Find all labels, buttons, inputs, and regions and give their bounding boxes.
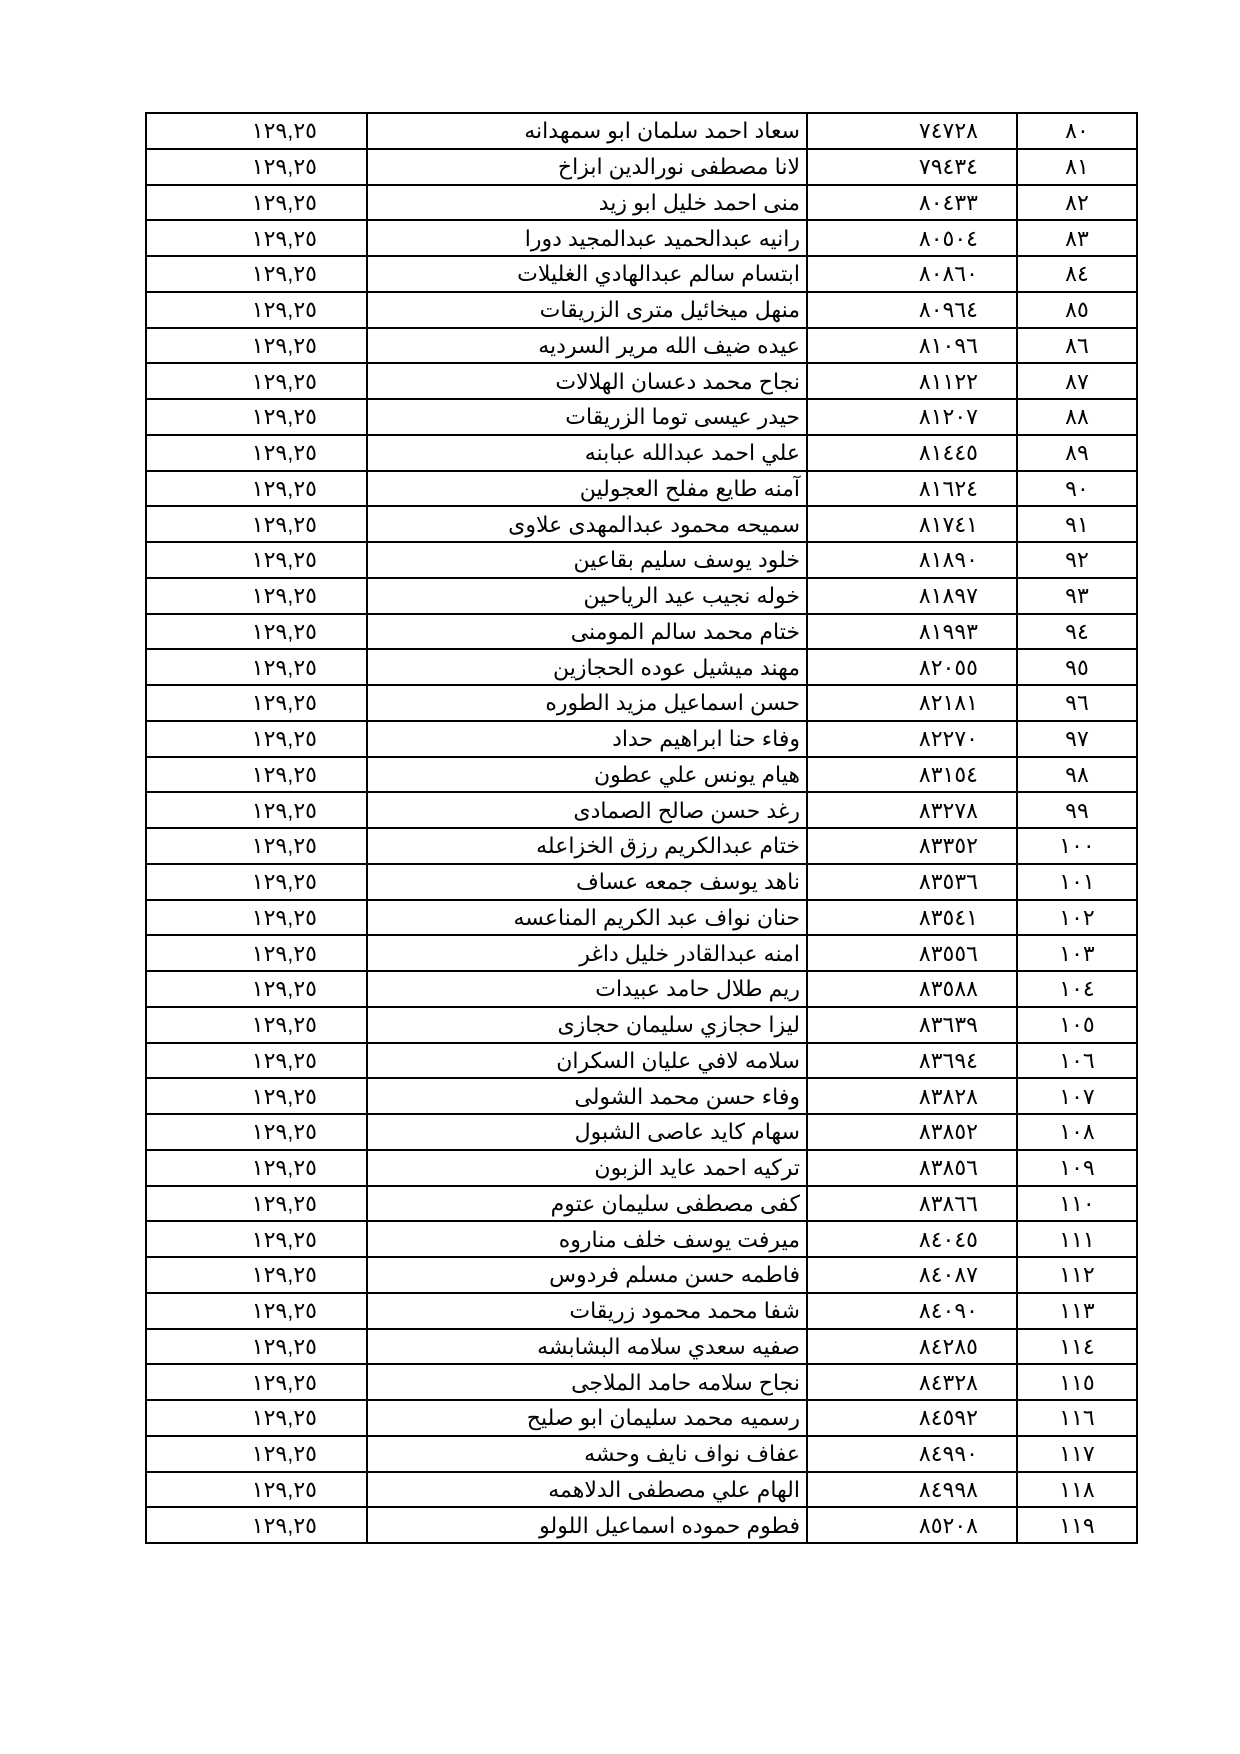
row-amount-cell: ١٢٩,٢٥ (146, 1329, 367, 1365)
row-amount: ١٢٩,٢٥ (167, 829, 317, 862)
row-sequence-number: ١٠٣ (1017, 935, 1137, 971)
row-amount-cell: ١٢٩,٢٥ (146, 614, 367, 650)
row-person-name: نجاح محمد دعسان الهلالات (367, 363, 807, 399)
row-sequence-number: ٩٩ (1017, 792, 1137, 828)
row-id-number: ٨١٩٩٣ (838, 615, 978, 648)
row-person-name: ختام عبدالكريم رزق الخزاعله (367, 828, 807, 864)
row-person-name: ريم طلال حامد عبيدات (367, 971, 807, 1007)
table-row: ١١٥٨٤٣٢٨نجاح سلامه حامد الملاجى١٢٩,٢٥ (146, 1364, 1137, 1400)
row-amount-cell: ١٢٩,٢٥ (146, 1507, 367, 1543)
row-amount-cell: ١٢٩,٢٥ (146, 256, 367, 292)
row-amount-cell: ١٢٩,٢٥ (146, 757, 367, 793)
row-id-number-cell: ٨٣٨٢٨ (807, 1078, 1017, 1114)
row-amount-cell: ١٢٩,٢٥ (146, 435, 367, 471)
row-person-name: شفا محمد محمود زريقات (367, 1293, 807, 1329)
row-amount: ١٢٩,٢٥ (167, 1473, 317, 1506)
row-id-number: ٨٢٠٥٥ (838, 651, 978, 684)
row-id-number-cell: ٨٤٩٩٠ (807, 1436, 1017, 1472)
table-row: ١٠٦٨٣٦٩٤سلامه لافي عليان السكران١٢٩,٢٥ (146, 1043, 1137, 1079)
row-person-name: ابتسام سالم عبدالهادي الغليلات (367, 256, 807, 292)
row-person-name: لانا مصطفى نورالدين ابزاخ (367, 149, 807, 185)
row-amount: ١٢٩,٢٥ (167, 472, 317, 505)
row-person-name: نجاح سلامه حامد الملاجى (367, 1364, 807, 1400)
row-sequence-number: ١٠٥ (1017, 1007, 1137, 1043)
row-amount-cell: ١٢٩,٢٥ (146, 578, 367, 614)
row-sequence-number: ١١٢ (1017, 1257, 1137, 1293)
row-id-number-cell: ٨١٧٤١ (807, 506, 1017, 542)
row-id-number-cell: ٨٤٣٢٨ (807, 1364, 1017, 1400)
row-id-number: ٧٤٧٢٨ (838, 114, 978, 147)
row-id-number: ٨٤٠٨٧ (838, 1258, 978, 1291)
row-amount-cell: ١٢٩,٢٥ (146, 685, 367, 721)
row-amount: ١٢٩,٢٥ (167, 150, 317, 183)
row-id-number-cell: ٨٠٤٣٣ (807, 185, 1017, 221)
row-id-number-cell: ٨١١٢٢ (807, 363, 1017, 399)
row-id-number-cell: ٨٣٨٥٢ (807, 1114, 1017, 1150)
row-sequence-number: ١٠٨ (1017, 1114, 1137, 1150)
row-amount-cell: ١٢٩,٢٥ (146, 292, 367, 328)
table-row: ١١٦٨٤٥٩٢رسميه محمد سليمان ابو صليح١٢٩,٢٥ (146, 1400, 1137, 1436)
row-person-name: حنان نواف عبد الكريم المناعسه (367, 900, 807, 936)
table-row: ٨٤٨٠٨٦٠ابتسام سالم عبدالهادي الغليلات١٢٩… (146, 256, 1137, 292)
row-id-number-cell: ٨١٦٢٤ (807, 471, 1017, 507)
row-amount: ١٢٩,٢٥ (167, 1258, 317, 1291)
row-id-number-cell: ٨٥٢٠٨ (807, 1507, 1017, 1543)
row-id-number: ٨١٦٢٤ (838, 472, 978, 505)
table-row: ٩٦٨٢١٨١حسن اسماعيل مزيد الطوره١٢٩,٢٥ (146, 685, 1137, 721)
row-amount: ١٢٩,٢٥ (167, 508, 317, 541)
row-id-number: ٨٤٠٩٠ (838, 1294, 978, 1327)
row-person-name: تركيه احمد عايد الزبون (367, 1150, 807, 1186)
row-sequence-number: ٨٩ (1017, 435, 1137, 471)
row-amount-cell: ١٢٩,٢٥ (146, 792, 367, 828)
row-id-number-cell: ٨٢١٨١ (807, 685, 1017, 721)
row-id-number: ٨٠٨٦٠ (838, 257, 978, 290)
row-id-number: ٨٤٥٩٢ (838, 1401, 978, 1434)
row-amount: ١٢٩,٢٥ (167, 365, 317, 398)
row-sequence-number: ١١٠ (1017, 1186, 1137, 1222)
row-sequence-number: ١٠٢ (1017, 900, 1137, 936)
row-amount-cell: ١٢٩,٢٥ (146, 1472, 367, 1508)
table-row: ٩٢٨١٨٩٠خلود يوسف سليم بقاعين١٢٩,٢٥ (146, 542, 1137, 578)
row-id-number: ٨٣٦٣٩ (838, 1008, 978, 1041)
row-id-number-cell: ٨٣٨٦٦ (807, 1186, 1017, 1222)
row-amount-cell: ١٢٩,٢٥ (146, 649, 367, 685)
row-amount: ١٢٩,٢٥ (167, 579, 317, 612)
row-id-number-cell: ٨٣٢٧٨ (807, 792, 1017, 828)
row-sequence-number: ١٠١ (1017, 864, 1137, 900)
row-id-number-cell: ٨٤٠٤٥ (807, 1221, 1017, 1257)
row-sequence-number: ١٠٠ (1017, 828, 1137, 864)
table-row: ١٠٩٨٣٨٥٦تركيه احمد عايد الزبون١٢٩,٢٥ (146, 1150, 1137, 1186)
row-id-number-cell: ٨٣٨٥٦ (807, 1150, 1017, 1186)
table-row: ٩١٨١٧٤١سميحه محمود عبدالمهدى علاوى١٢٩,٢٥ (146, 506, 1137, 542)
row-person-name: هيام يونس علي عطون (367, 757, 807, 793)
row-id-number: ٨٠٥٠٤ (838, 222, 978, 255)
row-amount: ١٢٩,٢٥ (167, 1223, 317, 1256)
row-id-number-cell: ٨٢٠٥٥ (807, 649, 1017, 685)
row-id-number: ٨٣٥٥٦ (838, 937, 978, 970)
row-amount-cell: ١٢٩,٢٥ (146, 1078, 367, 1114)
row-amount-cell: ١٢٩,٢٥ (146, 328, 367, 364)
row-id-number: ٨٤٩٩٠ (838, 1437, 978, 1470)
row-amount: ١٢٩,٢٥ (167, 615, 317, 648)
row-amount-cell: ١٢٩,٢٥ (146, 185, 367, 221)
row-id-number-cell: ٨٤٥٩٢ (807, 1400, 1017, 1436)
row-sequence-number: ٨٦ (1017, 328, 1137, 364)
table-row: ٨٠٧٤٧٢٨سعاد احمد سلمان ابو سمهدانه١٢٩,٢٥ (146, 113, 1137, 149)
table-row: ٩٥٨٢٠٥٥مهند ميشيل عوده الحجازين١٢٩,٢٥ (146, 649, 1137, 685)
row-amount: ١٢٩,٢٥ (167, 1294, 317, 1327)
row-id-number-cell: ٨٠٥٠٤ (807, 220, 1017, 256)
row-id-number-cell: ٧٤٧٢٨ (807, 113, 1017, 149)
row-sequence-number: ١١٤ (1017, 1329, 1137, 1365)
table-row: ٨٥٨٠٩٦٤منهل ميخائيل مترى الزريقات١٢٩,٢٥ (146, 292, 1137, 328)
row-amount: ١٢٩,٢٥ (167, 937, 317, 970)
row-id-number-cell: ٨١٠٩٦ (807, 328, 1017, 364)
table-row: ١١١٨٤٠٤٥ميرفت يوسف خلف مناروه١٢٩,٢٥ (146, 1221, 1137, 1257)
table-row: ١١٩٨٥٢٠٨فطوم حموده اسماعيل اللولو١٢٩,٢٥ (146, 1507, 1137, 1543)
row-id-number: ٨٣٥٤١ (838, 901, 978, 934)
row-id-number-cell: ٨٣٥٥٦ (807, 935, 1017, 971)
row-amount-cell: ١٢٩,٢٥ (146, 721, 367, 757)
row-id-number-cell: ٨٤٠٩٠ (807, 1293, 1017, 1329)
row-id-number: ٨٤٩٩٨ (838, 1473, 978, 1506)
row-amount: ١٢٩,٢٥ (167, 1187, 317, 1220)
row-amount-cell: ١٢٩,٢٥ (146, 1436, 367, 1472)
table-row: ٨٨٨١٢٠٧حيدر عيسى توما الزريقات١٢٩,٢٥ (146, 399, 1137, 435)
row-amount-cell: ١٢٩,٢٥ (146, 1221, 367, 1257)
row-id-number: ٨٣٨٥٢ (838, 1115, 978, 1148)
row-amount-cell: ١٢٩,٢٥ (146, 1400, 367, 1436)
row-amount: ١٢٩,٢٥ (167, 222, 317, 255)
row-id-number-cell: ٨٣٥٣٦ (807, 864, 1017, 900)
row-sequence-number: ٩٤ (1017, 614, 1137, 650)
table-row: ١٠٢٨٣٥٤١حنان نواف عبد الكريم المناعسه١٢٩… (146, 900, 1137, 936)
row-id-number: ٨١٠٩٦ (838, 329, 978, 362)
row-sequence-number: ٩٧ (1017, 721, 1137, 757)
row-amount: ١٢٩,٢٥ (167, 1401, 317, 1434)
row-id-number: ٨١٨٩٧ (838, 579, 978, 612)
row-sequence-number: ١١٣ (1017, 1293, 1137, 1329)
row-person-name: عفاف نواف نايف وحشه (367, 1436, 807, 1472)
row-sequence-number: ٩٣ (1017, 578, 1137, 614)
table-row: ٩٩٨٣٢٧٨رغد حسن صالح الصمادى١٢٩,٢٥ (146, 792, 1137, 828)
table-row: ١٠٧٨٣٨٢٨وفاء حسن محمد الشولى١٢٩,٢٥ (146, 1078, 1137, 1114)
row-person-name: منهل ميخائيل مترى الزريقات (367, 292, 807, 328)
table-row: ٩٨٨٣١٥٤هيام يونس علي عطون١٢٩,٢٥ (146, 757, 1137, 793)
row-id-number-cell: ٨٣٣٥٢ (807, 828, 1017, 864)
row-amount: ١٢٩,٢٥ (167, 972, 317, 1005)
row-amount-cell: ١٢٩,٢٥ (146, 113, 367, 149)
row-person-name: ناهد يوسف جمعه عساف (367, 864, 807, 900)
row-amount-cell: ١٢٩,٢٥ (146, 506, 367, 542)
row-sequence-number: ٨١ (1017, 149, 1137, 185)
row-person-name: رانيه عبدالحميد عبدالمجيد دورا (367, 220, 807, 256)
row-id-number: ٨٠٤٣٣ (838, 186, 978, 219)
row-id-number: ٨١١٢٢ (838, 365, 978, 398)
row-id-number: ٨٥٢٠٨ (838, 1509, 978, 1542)
row-amount: ١٢٩,٢٥ (167, 400, 317, 433)
row-sequence-number: ٩٨ (1017, 757, 1137, 793)
row-amount: ١٢٩,٢٥ (167, 1509, 317, 1542)
row-id-number: ٨٣٨٢٨ (838, 1080, 978, 1113)
row-person-name: ختام محمد سالم المومنى (367, 614, 807, 650)
table-row: ٩٧٨٢٢٧٠وفاء حنا ابراهيم حداد١٢٩,٢٥ (146, 721, 1137, 757)
row-id-number: ٨١٤٤٥ (838, 436, 978, 469)
row-person-name: منى احمد خليل ابو زيد (367, 185, 807, 221)
table-row: ١٠٠٨٣٣٥٢ختام عبدالكريم رزق الخزاعله١٢٩,٢… (146, 828, 1137, 864)
row-person-name: سميحه محمود عبدالمهدى علاوى (367, 506, 807, 542)
row-amount-cell: ١٢٩,٢٥ (146, 149, 367, 185)
row-amount-cell: ١٢٩,٢٥ (146, 220, 367, 256)
table-row: ٩٤٨١٩٩٣ختام محمد سالم المومنى١٢٩,٢٥ (146, 614, 1137, 650)
row-amount: ١٢٩,٢٥ (167, 293, 317, 326)
row-amount-cell: ١٢٩,٢٥ (146, 399, 367, 435)
row-id-number: ٨٣٥٣٦ (838, 865, 978, 898)
row-id-number-cell: ٨٣٥٤١ (807, 900, 1017, 936)
row-id-number: ٨٣٦٩٤ (838, 1044, 978, 1077)
row-id-number-cell: ٨١٩٩٣ (807, 614, 1017, 650)
row-id-number: ٨٣٣٥٢ (838, 829, 978, 862)
row-amount-cell: ١٢٩,٢٥ (146, 363, 367, 399)
row-amount: ١٢٩,٢٥ (167, 436, 317, 469)
row-id-number: ٨٣٨٥٦ (838, 1151, 978, 1184)
row-sequence-number: ٨٢ (1017, 185, 1137, 221)
row-id-number: ٧٩٤٣٤ (838, 150, 978, 183)
row-id-number: ٨٣١٥٤ (838, 758, 978, 791)
row-amount-cell: ١٢٩,٢٥ (146, 1007, 367, 1043)
row-person-name: حيدر عيسى توما الزريقات (367, 399, 807, 435)
row-amount: ١٢٩,٢٥ (167, 186, 317, 219)
row-id-number: ٨١٢٠٧ (838, 400, 978, 433)
row-person-name: فطوم حموده اسماعيل اللولو (367, 1507, 807, 1543)
row-amount: ١٢٩,٢٥ (167, 1151, 317, 1184)
table-row: ١٠٣٨٣٥٥٦امنه عبدالقادر خليل داغر١٢٩,٢٥ (146, 935, 1137, 971)
row-id-number: ٨٤٣٢٨ (838, 1366, 978, 1399)
table-row: ١٠١٨٣٥٣٦ناهد يوسف جمعه عساف١٢٩,٢٥ (146, 864, 1137, 900)
row-sequence-number: ١١١ (1017, 1221, 1137, 1257)
row-person-name: خوله نجيب عيد الرياحين (367, 578, 807, 614)
row-person-name: فاطمه حسن مسلم فردوس (367, 1257, 807, 1293)
row-id-number: ٨٤٢٨٥ (838, 1330, 978, 1363)
row-sequence-number: ١٠٩ (1017, 1150, 1137, 1186)
row-sequence-number: ١٠٤ (1017, 971, 1137, 1007)
row-person-name: ليزا حجازي سليمان حجازى (367, 1007, 807, 1043)
row-person-name: خلود يوسف سليم بقاعين (367, 542, 807, 578)
row-amount: ١٢٩,٢٥ (167, 901, 317, 934)
row-id-number: ٨١٧٤١ (838, 508, 978, 541)
table-row: ١١٤٨٤٢٨٥صفيه سعدي سلامه البشابشه١٢٩,٢٥ (146, 1329, 1137, 1365)
table-row: ١١٨٨٤٩٩٨الهام علي مصطفى الدلاهمه١٢٩,٢٥ (146, 1472, 1137, 1508)
row-amount: ١٢٩,٢٥ (167, 651, 317, 684)
table-row: ١٠٥٨٣٦٣٩ليزا حجازي سليمان حجازى١٢٩,٢٥ (146, 1007, 1137, 1043)
row-id-number-cell: ٨١٨٩٧ (807, 578, 1017, 614)
row-id-number-cell: ٧٩٤٣٤ (807, 149, 1017, 185)
row-person-name: سهام كايد عاصى الشبول (367, 1114, 807, 1150)
table-row: ٨٩٨١٤٤٥علي احمد عبدالله عبابنه١٢٩,٢٥ (146, 435, 1137, 471)
row-amount: ١٢٩,٢٥ (167, 1115, 317, 1148)
row-person-name: حسن اسماعيل مزيد الطوره (367, 685, 807, 721)
row-amount-cell: ١٢٩,٢٥ (146, 1364, 367, 1400)
row-sequence-number: ٩٥ (1017, 649, 1137, 685)
table-row: ٨٣٨٠٥٠٤رانيه عبدالحميد عبدالمجيد دورا١٢٩… (146, 220, 1137, 256)
row-id-number-cell: ٨٣٦٩٤ (807, 1043, 1017, 1079)
row-amount-cell: ١٢٩,٢٥ (146, 900, 367, 936)
row-sequence-number: ٨٧ (1017, 363, 1137, 399)
row-person-name: سعاد احمد سلمان ابو سمهدانه (367, 113, 807, 149)
row-sequence-number: ١١٨ (1017, 1472, 1137, 1508)
table-row: ٩٣٨١٨٩٧خوله نجيب عيد الرياحين١٢٩,٢٥ (146, 578, 1137, 614)
table-row: ٩٠٨١٦٢٤آمنه طايع مفلح العجولين١٢٩,٢٥ (146, 471, 1137, 507)
row-sequence-number: ٩١ (1017, 506, 1137, 542)
row-amount: ١٢٩,٢٥ (167, 543, 317, 576)
row-amount-cell: ١٢٩,٢٥ (146, 828, 367, 864)
row-id-number: ٨٣٨٦٦ (838, 1187, 978, 1220)
row-sequence-number: ٩٢ (1017, 542, 1137, 578)
row-id-number: ٨٣٢٧٨ (838, 794, 978, 827)
row-person-name: امنه عبدالقادر خليل داغر (367, 935, 807, 971)
row-amount: ١٢٩,٢٥ (167, 1330, 317, 1363)
row-sequence-number: ١٠٦ (1017, 1043, 1137, 1079)
row-person-name: مهند ميشيل عوده الحجازين (367, 649, 807, 685)
row-person-name: ميرفت يوسف خلف مناروه (367, 1221, 807, 1257)
row-id-number-cell: ٨٤٠٨٧ (807, 1257, 1017, 1293)
row-id-number-cell: ٨١٨٩٠ (807, 542, 1017, 578)
row-amount: ١٢٩,٢٥ (167, 1366, 317, 1399)
row-amount-cell: ١٢٩,٢٥ (146, 1257, 367, 1293)
row-amount-cell: ١٢٩,٢٥ (146, 471, 367, 507)
row-amount-cell: ١٢٩,٢٥ (146, 1114, 367, 1150)
row-amount: ١٢٩,٢٥ (167, 1008, 317, 1041)
row-id-number-cell: ٨٠٨٦٠ (807, 256, 1017, 292)
row-id-number-cell: ٨٣٦٣٩ (807, 1007, 1017, 1043)
row-amount: ١٢٩,٢٥ (167, 865, 317, 898)
row-id-number: ٨٤٠٤٥ (838, 1223, 978, 1256)
table-row: ١١٣٨٤٠٩٠شفا محمد محمود زريقات١٢٩,٢٥ (146, 1293, 1137, 1329)
row-person-name: علي احمد عبدالله عبابنه (367, 435, 807, 471)
row-id-number: ٨١٨٩٠ (838, 543, 978, 576)
document-page: ٨٠٧٤٧٢٨سعاد احمد سلمان ابو سمهدانه١٢٩,٢٥… (0, 0, 1240, 1754)
row-id-number-cell: ٨١٢٠٧ (807, 399, 1017, 435)
row-sequence-number: ٨٥ (1017, 292, 1137, 328)
row-amount: ١٢٩,٢٥ (167, 758, 317, 791)
table-row: ٨٧٨١١٢٢نجاح محمد دعسان الهلالات١٢٩,٢٥ (146, 363, 1137, 399)
row-person-name: وفاء حنا ابراهيم حداد (367, 721, 807, 757)
row-amount-cell: ١٢٩,٢٥ (146, 864, 367, 900)
row-id-number-cell: ٨٠٩٦٤ (807, 292, 1017, 328)
row-amount: ١٢٩,٢٥ (167, 1080, 317, 1113)
table-row: ٨٢٨٠٤٣٣منى احمد خليل ابو زيد١٢٩,٢٥ (146, 185, 1137, 221)
row-amount-cell: ١٢٩,٢٥ (146, 1150, 367, 1186)
row-id-number-cell: ٨٣١٥٤ (807, 757, 1017, 793)
row-person-name: سلامه لافي عليان السكران (367, 1043, 807, 1079)
row-person-name: رغد حسن صالح الصمادى (367, 792, 807, 828)
row-amount: ١٢٩,٢٥ (167, 329, 317, 362)
table-row: ١٠٤٨٣٥٨٨ريم طلال حامد عبيدات١٢٩,٢٥ (146, 971, 1137, 1007)
row-id-number-cell: ٨٤٩٩٨ (807, 1472, 1017, 1508)
row-id-number: ٨٢١٨١ (838, 686, 978, 719)
roster-table-body: ٨٠٧٤٧٢٨سعاد احمد سلمان ابو سمهدانه١٢٩,٢٥… (146, 113, 1137, 1543)
row-sequence-number: ٨٠ (1017, 113, 1137, 149)
row-sequence-number: ١١٦ (1017, 1400, 1137, 1436)
row-id-number-cell: ٨٢٢٧٠ (807, 721, 1017, 757)
row-person-name: آمنه طايع مفلح العجولين (367, 471, 807, 507)
row-amount-cell: ١٢٩,٢٥ (146, 935, 367, 971)
row-id-number-cell: ٨١٤٤٥ (807, 435, 1017, 471)
table-row: ١١٢٨٤٠٨٧فاطمه حسن مسلم فردوس١٢٩,٢٥ (146, 1257, 1137, 1293)
row-person-name: الهام علي مصطفى الدلاهمه (367, 1472, 807, 1508)
row-amount-cell: ١٢٩,٢٥ (146, 1043, 367, 1079)
row-sequence-number: ٨٤ (1017, 256, 1137, 292)
row-id-number: ٨٢٢٧٠ (838, 722, 978, 755)
row-amount: ١٢٩,٢٥ (167, 686, 317, 719)
row-amount: ١٢٩,٢٥ (167, 257, 317, 290)
row-amount-cell: ١٢٩,٢٥ (146, 542, 367, 578)
row-amount: ١٢٩,٢٥ (167, 114, 317, 147)
row-sequence-number: ١١٩ (1017, 1507, 1137, 1543)
row-sequence-number: ١١٧ (1017, 1436, 1137, 1472)
row-amount-cell: ١٢٩,٢٥ (146, 1293, 367, 1329)
row-sequence-number: ٨٨ (1017, 399, 1137, 435)
row-amount: ١٢٩,٢٥ (167, 794, 317, 827)
row-person-name: وفاء حسن محمد الشولى (367, 1078, 807, 1114)
row-amount: ١٢٩,٢٥ (167, 1437, 317, 1470)
row-amount-cell: ١٢٩,٢٥ (146, 971, 367, 1007)
table-row: ١١٠٨٣٨٦٦كفى مصطفى سليمان عتوم١٢٩,٢٥ (146, 1186, 1137, 1222)
row-amount: ١٢٩,٢٥ (167, 1044, 317, 1077)
table-row: ٨٦٨١٠٩٦عيده ضيف الله مرير السرديه١٢٩,٢٥ (146, 328, 1137, 364)
table-row: ٨١٧٩٤٣٤لانا مصطفى نورالدين ابزاخ١٢٩,٢٥ (146, 149, 1137, 185)
row-id-number-cell: ٨٣٥٨٨ (807, 971, 1017, 1007)
row-sequence-number: ٩٦ (1017, 685, 1137, 721)
row-id-number: ٨٣٥٨٨ (838, 972, 978, 1005)
row-person-name: صفيه سعدي سلامه البشابشه (367, 1329, 807, 1365)
row-sequence-number: ٩٠ (1017, 471, 1137, 507)
row-sequence-number: ١٠٧ (1017, 1078, 1137, 1114)
row-amount-cell: ١٢٩,٢٥ (146, 1186, 367, 1222)
table-row: ١١٧٨٤٩٩٠عفاف نواف نايف وحشه١٢٩,٢٥ (146, 1436, 1137, 1472)
roster-table: ٨٠٧٤٧٢٨سعاد احمد سلمان ابو سمهدانه١٢٩,٢٥… (145, 112, 1138, 1544)
row-person-name: عيده ضيف الله مرير السرديه (367, 328, 807, 364)
row-id-number-cell: ٨٤٢٨٥ (807, 1329, 1017, 1365)
row-person-name: كفى مصطفى سليمان عتوم (367, 1186, 807, 1222)
row-sequence-number: ١١٥ (1017, 1364, 1137, 1400)
row-id-number: ٨٠٩٦٤ (838, 293, 978, 326)
table-row: ١٠٨٨٣٨٥٢سهام كايد عاصى الشبول١٢٩,٢٥ (146, 1114, 1137, 1150)
row-amount: ١٢٩,٢٥ (167, 722, 317, 755)
row-sequence-number: ٨٣ (1017, 220, 1137, 256)
row-person-name: رسميه محمد سليمان ابو صليح (367, 1400, 807, 1436)
